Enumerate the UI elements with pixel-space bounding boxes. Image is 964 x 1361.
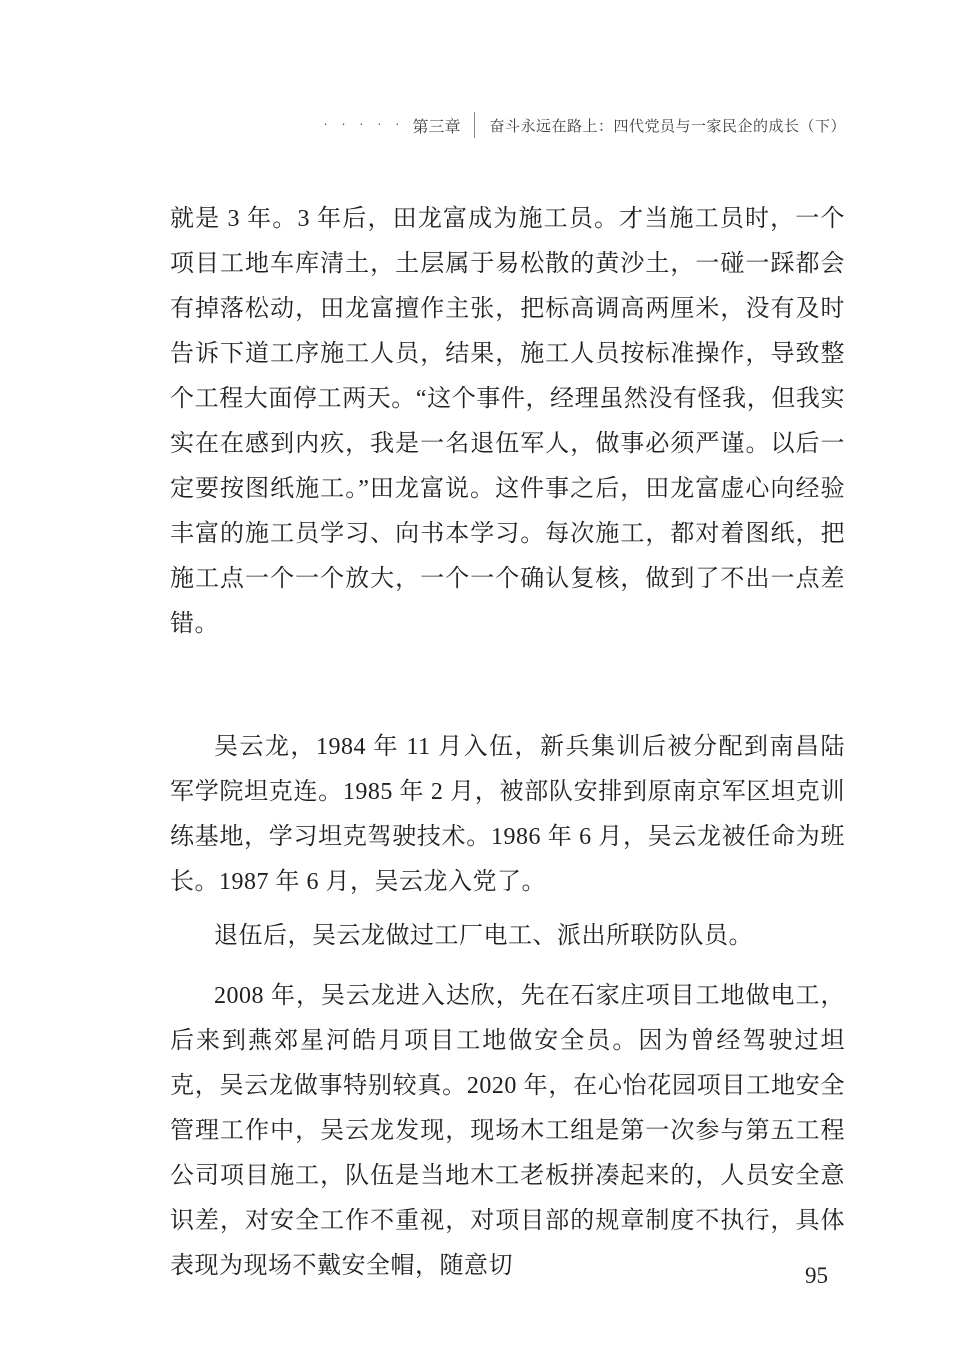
page-number: 95: [805, 1263, 828, 1288]
page-footer: 95: [805, 1263, 828, 1289]
paragraph-continuation: 就是 3 年。3 年后，田龙富成为施工员。才当施工员时，一个项目工地车库清土，土…: [170, 197, 845, 647]
header-divider: [474, 112, 475, 138]
paragraph: 吴云龙，1984 年 11 月入伍，新兵集训后被分配到南昌陆军学院坦克连。198…: [170, 725, 845, 905]
body-text: 就是 3 年。3 年后，田龙富成为施工员。才当施工员时，一个项目工地车库清土，土…: [170, 197, 845, 1289]
book-page: · · · · · 第三章 奋斗永远在路上：四代党员与一家民企的成长（下） 就是…: [0, 0, 964, 1361]
chapter-label: 第三章: [412, 114, 460, 137]
page-header: · · · · · 第三章 奋斗永远在路上：四代党员与一家民企的成长（下）: [323, 112, 846, 138]
header-dots: · · · · ·: [323, 116, 404, 131]
chapter-title: 奋斗永远在路上：四代党员与一家民企的成长（下）: [489, 115, 846, 136]
paragraph: 2008 年，吴云龙进入达欣，先在石家庄项目工地做电工，后来到燕郊星河皓月项目工…: [170, 974, 845, 1289]
paragraph: 退伍后，吴云龙做过工厂电工、派出所联防队员。: [170, 914, 845, 959]
